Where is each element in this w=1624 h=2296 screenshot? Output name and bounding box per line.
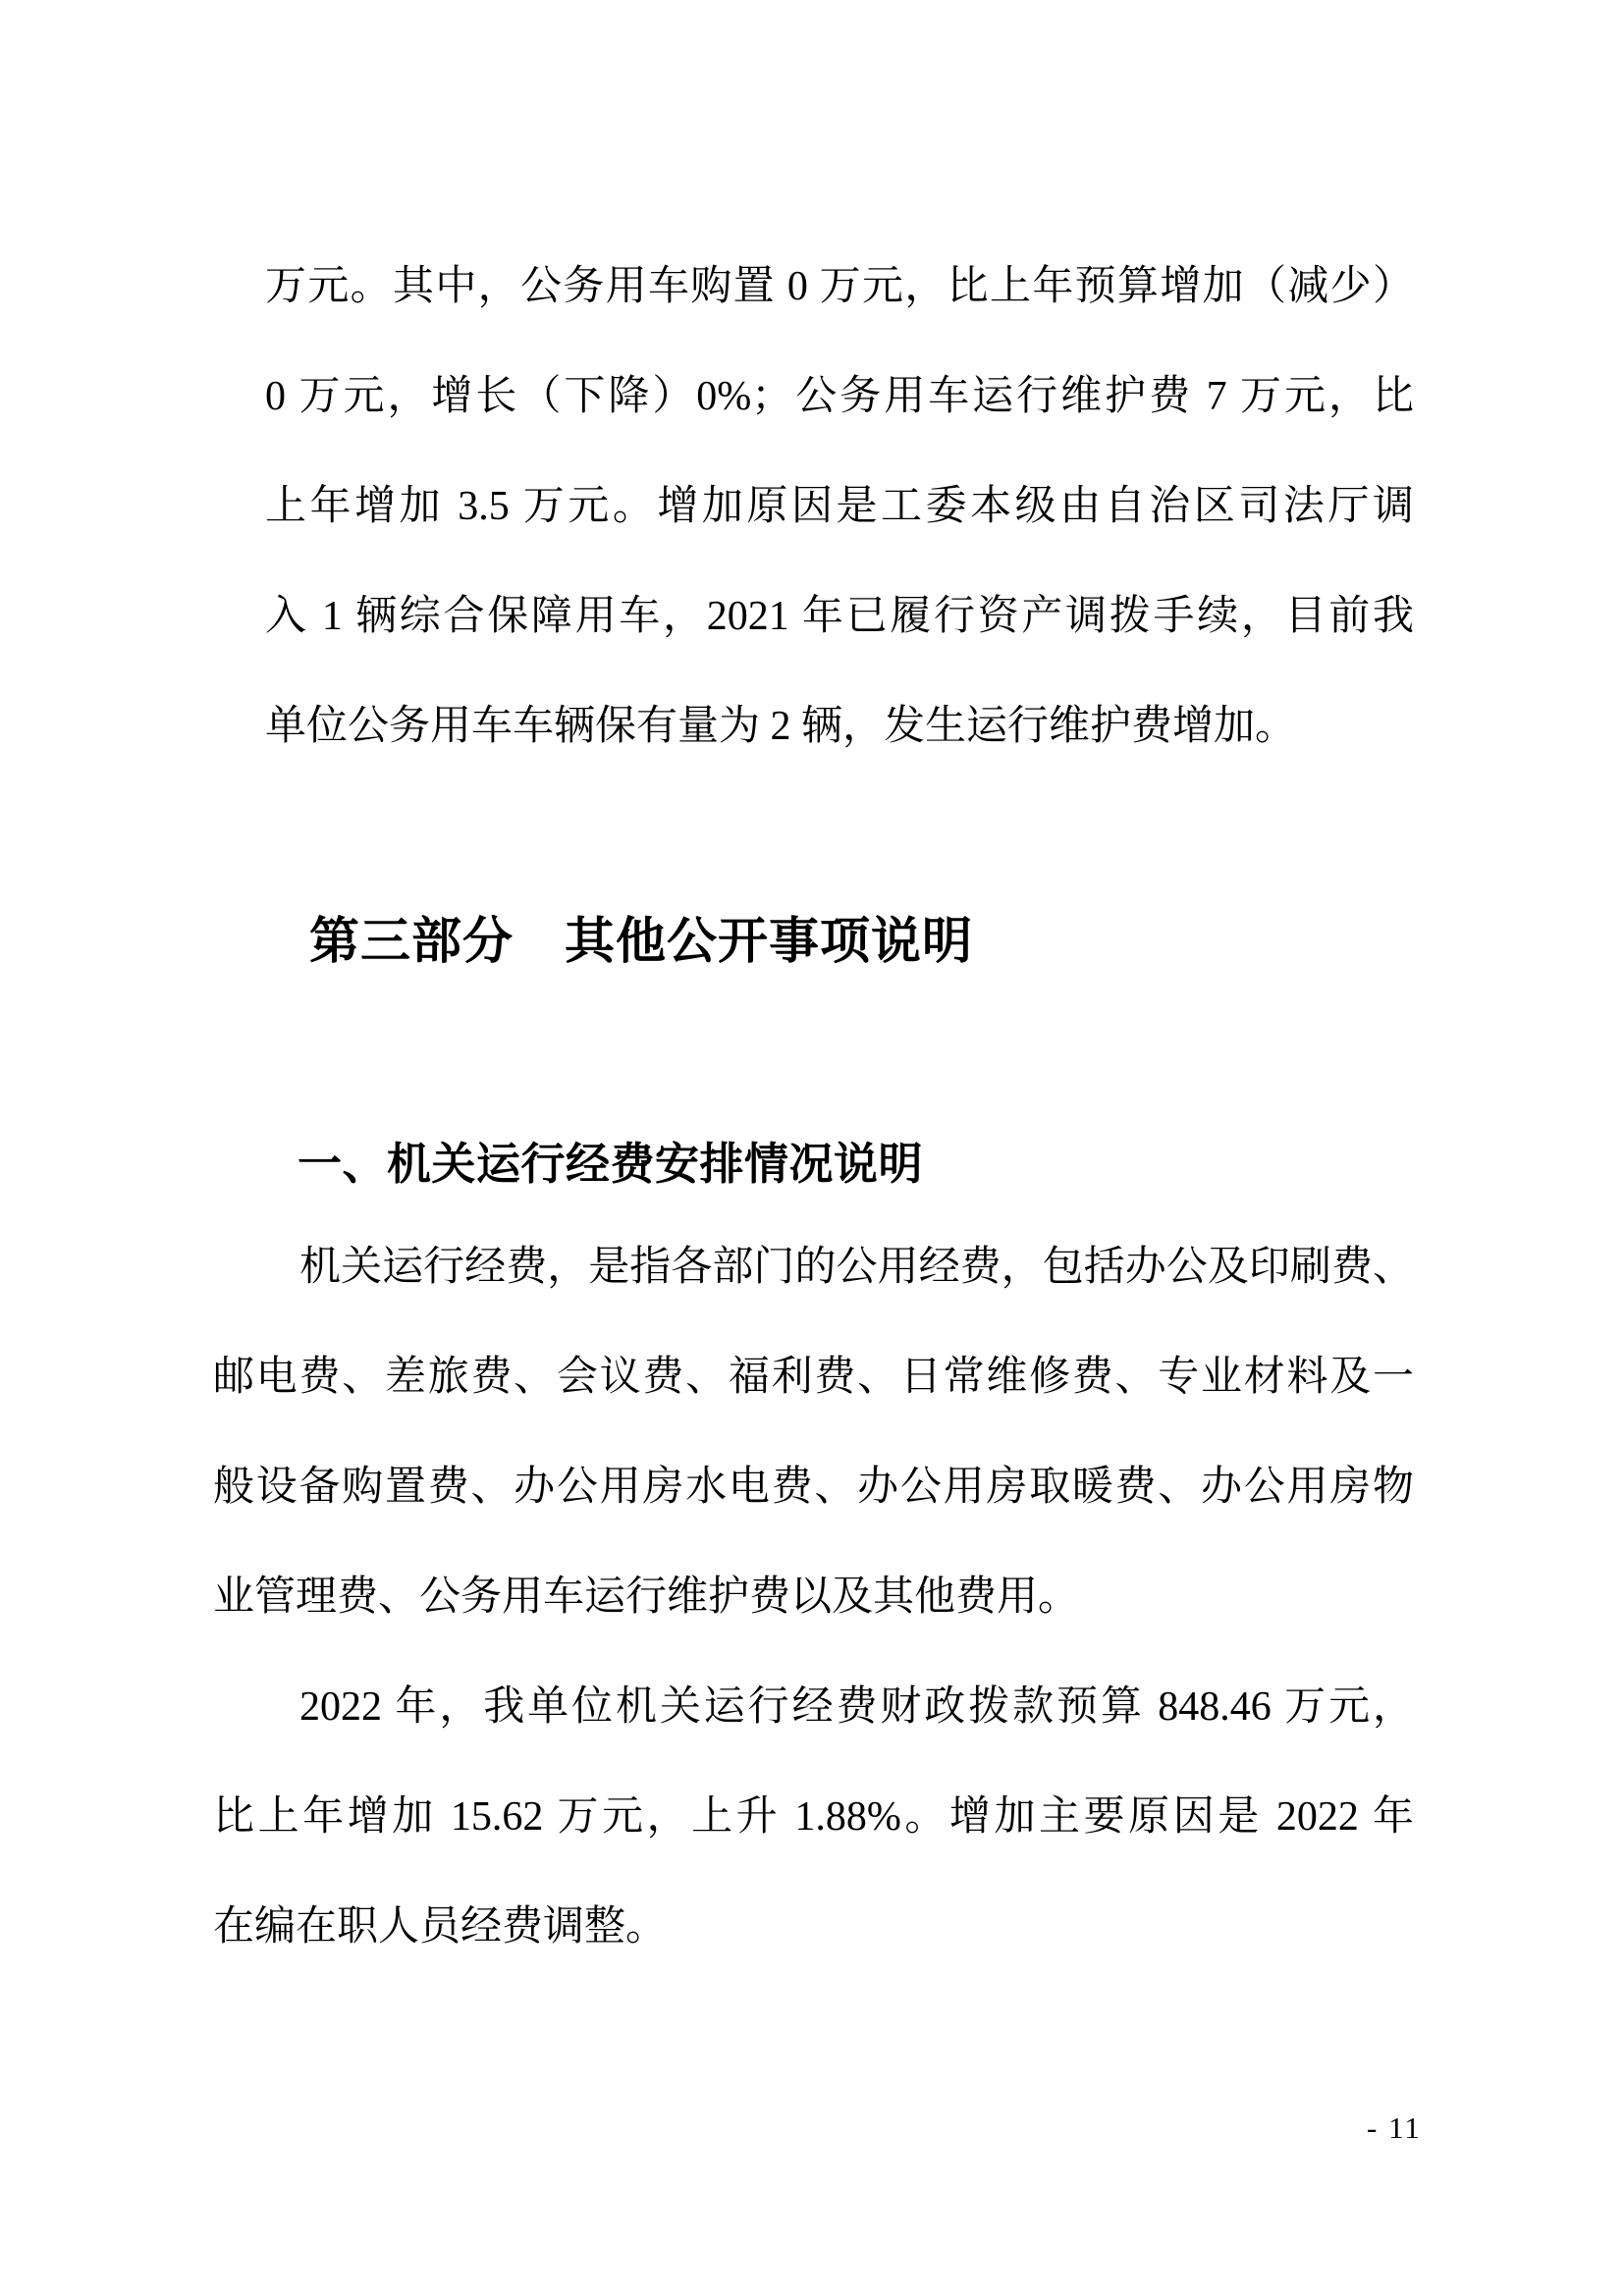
paragraph-line: 0 万元，增长（下降）0%；公务用车运行维护费 7 万元，比 [265, 342, 1414, 452]
paragraph-line: 般设备购置费、办公用房水电费、办公用房取暖费、办公用房物 [213, 1432, 1414, 1542]
document-page: 万元。其中，公务用车购置 0 万元，比上年预算增加（减少） 0 万元，增长（下降… [0, 0, 1624, 2296]
paragraph-line: 上年增加 3.5 万元。增加原因是工委本级由自治区司法厅调 [265, 452, 1414, 561]
section-heading: 第三部分 其他公开事项说明 [309, 911, 973, 974]
sub-heading: 一、机关运行经费安排情况说明 [298, 1137, 923, 1192]
paragraph-line: 比上年增加 15.62 万元，上升 1.88%。增加主要原因是 2022 年 [213, 1762, 1414, 1872]
paragraph-line: 2022 年，我单位机关运行经费财政拨款预算 848.46 万元， [213, 1652, 1414, 1762]
paragraph-line: 机关运行经费，是指各部门的公用经费，包括办公及印刷费、 [213, 1212, 1414, 1322]
paragraph-line: 邮电费、差旅费、会议费、福利费、日常维修费、专业材料及一 [213, 1322, 1414, 1432]
paragraph-line: 在编在职人员经费调整。 [213, 1872, 1414, 1982]
paragraph-line: 业管理费、公务用车运行维护费以及其他费用。 [213, 1542, 1414, 1652]
paragraph-vehicle-costs: 万元。其中，公务用车购置 0 万元，比上年预算增加（减少） 0 万元，增长（下降… [265, 232, 1414, 781]
paragraph-funds-2022: 2022 年，我单位机关运行经费财政拨款预算 848.46 万元， 比上年增加 … [213, 1652, 1414, 1982]
paragraph-line: 入 1 辆综合保障用车，2021 年已履行资产调拨手续，目前我 [265, 561, 1414, 671]
paragraph-line: 单位公务用车车辆保有量为 2 辆，发生运行维护费增加。 [265, 671, 1414, 781]
page-number: - 11 [1367, 2109, 1422, 2148]
paragraph-funds-definition: 机关运行经费，是指各部门的公用经费，包括办公及印刷费、 邮电费、差旅费、会议费、… [213, 1212, 1414, 1652]
paragraph-line: 万元。其中，公务用车购置 0 万元，比上年预算增加（减少） [265, 232, 1414, 342]
